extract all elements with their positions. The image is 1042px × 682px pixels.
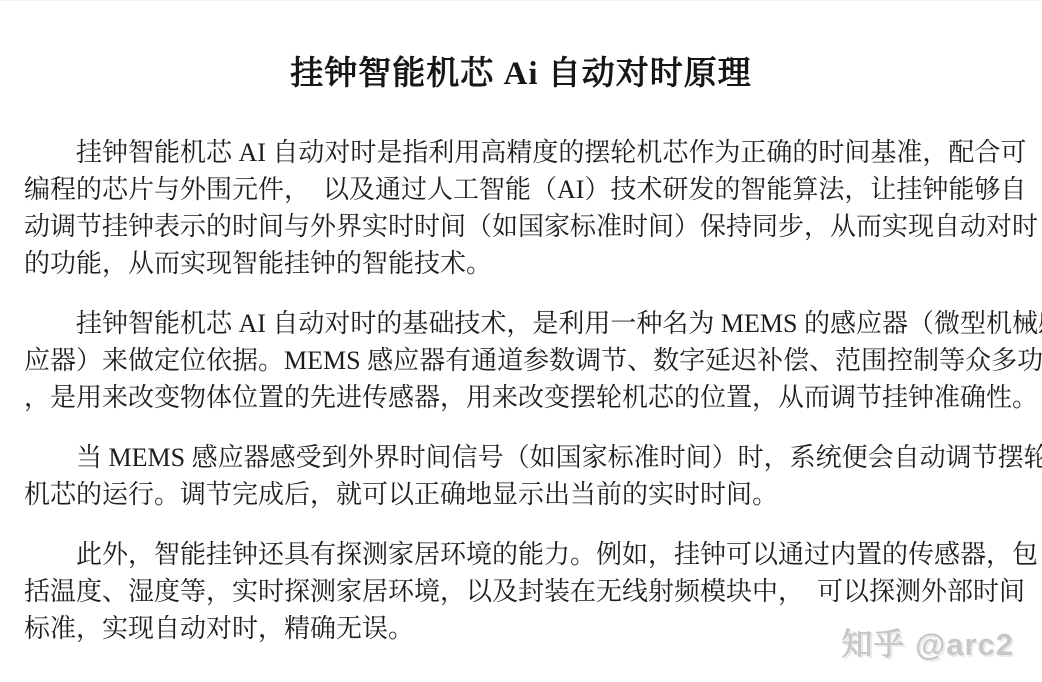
paragraph-line: 挂钟智能机芯 AI 自动对时是指利用高精度的摆轮机芯作为正确的时间基准，配合可 (24, 134, 1020, 171)
document-body: 挂钟智能机芯 AI 自动对时是指利用高精度的摆轮机芯作为正确的时间基准，配合可编… (0, 134, 1042, 647)
paragraph-line: 动调节挂钟表示的时间与外界实时时间（如国家标准时间）保持同步，从而实现自动对时 (24, 208, 1020, 245)
paragraph: 挂钟智能机芯 AI 自动对时是指利用高精度的摆轮机芯作为正确的时间基准，配合可编… (24, 134, 1020, 282)
paragraph-line: ，是用来改变物体位置的先进传感器，用来改变摆轮机芯的位置，从而调节挂钟准确性。 (24, 379, 1020, 416)
paragraph-line: 当 MEMS 感应器感受到外界时间信号（如国家标准时间）时，系统便会自动调节摆轮 (24, 439, 1020, 476)
document-page: 挂钟智能机芯 Ai 自动对时原理 挂钟智能机芯 AI 自动对时是指利用高精度的摆… (0, 0, 1042, 682)
paragraph-line: 应器）来做定位依据。MEMS 感应器有通道参数调节、数字延迟补偿、范围控制等众多… (24, 342, 1020, 379)
paragraph-line: 挂钟智能机芯 AI 自动对时的基础技术，是利用一种名为 MEMS 的感应器（微型… (24, 305, 1020, 342)
paragraph-line: 机芯的运行。调节完成后，就可以正确地显示出当前的实时时间。 (24, 476, 1020, 513)
paragraph-line: 编程的芯片与外围元件， 以及通过人工智能（AI）技术研发的智能算法，让挂钟能够自 (24, 171, 1020, 208)
paragraph-line: 此外，智能挂钟还具有探测家居环境的能力。例如，挂钟可以通过内置的传感器，包 (24, 536, 1020, 573)
page-title: 挂钟智能机芯 Ai 自动对时原理 (0, 51, 1042, 97)
paragraph-line: 括温度、湿度等，实时探测家居环境，以及封装在无线射频模块中， 可以探测外部时间 (24, 573, 1020, 610)
watermark: 知乎 @arc2 (841, 619, 1014, 664)
paragraph-line: 的功能，从而实现智能挂钟的智能技术。 (24, 245, 1020, 282)
paragraph: 挂钟智能机芯 AI 自动对时的基础技术，是利用一种名为 MEMS 的感应器（微型… (24, 305, 1020, 416)
paragraph: 当 MEMS 感应器感受到外界时间信号（如国家标准时间）时，系统便会自动调节摆轮… (24, 439, 1020, 513)
